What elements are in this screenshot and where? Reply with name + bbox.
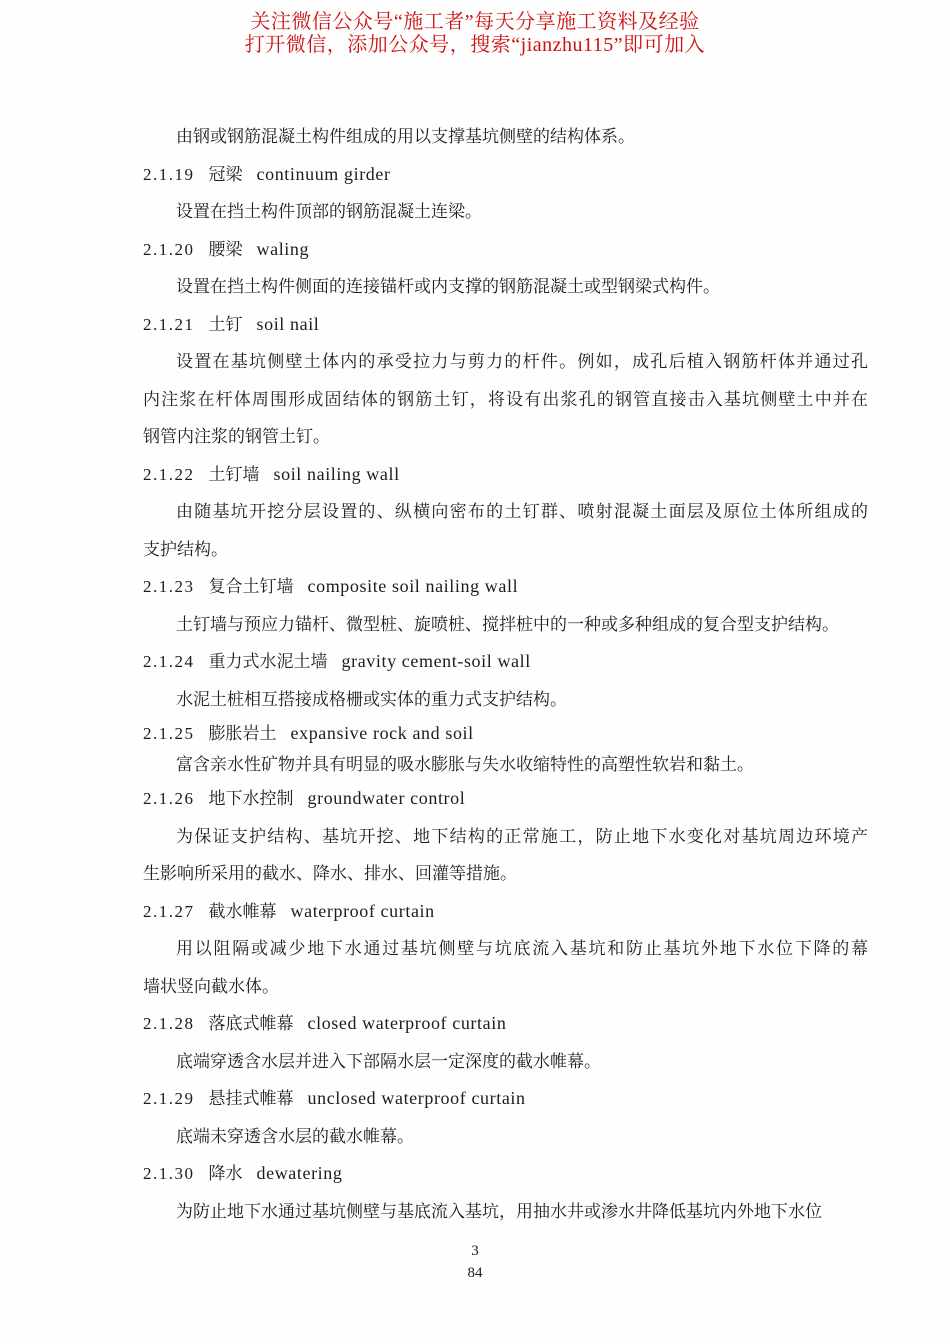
- clause-number: 2.1.29: [143, 1089, 195, 1108]
- clause-number: 2.1.28: [143, 1014, 195, 1033]
- term-english: waterproof curtain: [291, 901, 435, 921]
- term-chinese: 悬挂式帷幕: [209, 1089, 294, 1108]
- term-heading-2.1.27: 2.1.27截水帷幕waterproof curtain: [143, 893, 868, 931]
- definition-line: 生影响所采用的截水、降水、排水、回灌等措施。: [143, 855, 868, 893]
- term-heading-2.1.26: 2.1.26地下水控制groundwater control: [143, 780, 868, 818]
- clause-number: 2.1.25: [143, 724, 195, 743]
- definition-line: 设置在挡土构件侧面的连接锚杆或内支撑的钢筋混凝土或型钢梁式构件。: [143, 268, 868, 306]
- term-english: soil nailing wall: [274, 464, 400, 484]
- term-chinese: 截水帷幕: [209, 902, 277, 921]
- term-heading-2.1.22: 2.1.22土钉墙soil nailing wall: [143, 456, 868, 494]
- definition-line: 由随基坑开挖分层设置的、纵横向密布的土钉群、喷射混凝土面层及原位土体所组成的: [143, 493, 868, 531]
- book-page-number: 84: [0, 1263, 950, 1285]
- clause-number: 2.1.20: [143, 240, 195, 259]
- clause-number: 2.1.30: [143, 1164, 195, 1183]
- term-chinese: 重力式水泥土墙: [209, 652, 328, 671]
- term-heading-2.1.29: 2.1.29悬挂式帷幕unclosed waterproof curtain: [143, 1080, 868, 1118]
- term-heading-2.1.24: 2.1.24重力式水泥土墙gravity cement-soil wall: [143, 643, 868, 681]
- definition-line: 为保证支护结构、基坑开挖、地下结构的正常施工，防止地下水变化对基坑周边环境产: [143, 818, 868, 856]
- term-chinese: 复合土钉墙: [209, 577, 294, 596]
- chapter-page-number: 3: [0, 1241, 950, 1263]
- term-english: soil nail: [257, 314, 320, 334]
- clause-number: 2.1.24: [143, 652, 195, 671]
- term-english: composite soil nailing wall: [308, 576, 519, 596]
- term-heading-2.1.30: 2.1.30降水dewatering: [143, 1155, 868, 1193]
- term-chinese: 腰梁: [209, 240, 243, 259]
- definition-line: 水泥土桩相互搭接成格栅或实体的重力式支护结构。: [143, 681, 868, 719]
- term-english: dewatering: [257, 1163, 343, 1183]
- definition-line: 钢管内注浆的钢管土钉。: [143, 418, 868, 456]
- document-body: 由钢或钢筋混凝土构件组成的用以支撑基坑侧壁的结构体系。2.1.19冠梁conti…: [143, 118, 868, 1230]
- definition-line: 富含亲水性矿物并具有明显的吸水膨胀与失水收缩特性的高塑性软岩和黏土。: [143, 749, 868, 780]
- definition-line: 用以阻隔或减少地下水通过基坑侧壁与坑底流入基坑和防止基坑外地下水位下降的幕: [143, 930, 868, 968]
- term-heading-2.1.21: 2.1.21土钉soil nail: [143, 306, 868, 344]
- term-heading-2.1.23: 2.1.23复合土钉墙composite soil nailing wall: [143, 568, 868, 606]
- term-english: unclosed waterproof curtain: [308, 1088, 526, 1108]
- definition-line: 设置在基坑侧壁土体内的承受拉力与剪力的杆件。例如，成孔后植入钢筋杆体并通过孔: [143, 343, 868, 381]
- term-chinese: 降水: [209, 1164, 243, 1183]
- term-english: closed waterproof curtain: [308, 1013, 507, 1033]
- definition-line: 为防止地下水通过基坑侧壁与基底流入基坑，用抽水井或渗水井降低基坑内外地下水位: [143, 1193, 868, 1231]
- clause-number: 2.1.26: [143, 789, 195, 808]
- term-chinese: 地下水控制: [209, 789, 294, 808]
- document-page: 关注微信公众号“施工者”每天分享施工资料及经验 打开微信，添加公众号，搜索“ji…: [0, 0, 950, 1344]
- term-chinese: 土钉墙: [209, 465, 260, 484]
- definition-line: 设置在挡土构件顶部的钢筋混凝土连梁。: [143, 193, 868, 231]
- definition-line: 由钢或钢筋混凝土构件组成的用以支撑基坑侧壁的结构体系。: [143, 118, 868, 156]
- clause-number: 2.1.21: [143, 315, 195, 334]
- definition-line: 支护结构。: [143, 531, 868, 569]
- clause-number: 2.1.27: [143, 902, 195, 921]
- term-english: gravity cement-soil wall: [342, 651, 531, 671]
- clause-number: 2.1.22: [143, 465, 195, 484]
- promo-header: 关注微信公众号“施工者”每天分享施工资料及经验 打开微信，添加公众号，搜索“ji…: [0, 11, 950, 56]
- clause-number: 2.1.23: [143, 577, 195, 596]
- term-heading-2.1.20: 2.1.20腰梁waling: [143, 231, 868, 269]
- term-heading-2.1.28: 2.1.28落底式帷幕closed waterproof curtain: [143, 1005, 868, 1043]
- promo-line-2: 打开微信，添加公众号，搜索“jianzhu115”即可加入: [0, 34, 950, 57]
- term-chinese: 土钉: [209, 315, 243, 334]
- page-footer: 3 84: [0, 1241, 950, 1284]
- term-english: waling: [257, 239, 310, 259]
- definition-line: 内注浆在杆体周围形成固结体的钢筋土钉，将设有出浆孔的钢管直接击入基坑侧壁土中并在: [143, 381, 868, 419]
- clause-number: 2.1.19: [143, 165, 195, 184]
- promo-line-1: 关注微信公众号“施工者”每天分享施工资料及经验: [0, 11, 950, 34]
- term-heading-2.1.25: 2.1.25膨胀岩土expansive rock and soil: [143, 718, 868, 749]
- term-chinese: 膨胀岩土: [209, 724, 277, 743]
- term-heading-2.1.19: 2.1.19冠梁continuum girder: [143, 156, 868, 194]
- definition-line: 土钉墙与预应力锚杆、微型桩、旋喷桩、搅拌桩中的一种或多种组成的复合型支护结构。: [143, 606, 868, 644]
- term-chinese: 冠梁: [209, 165, 243, 184]
- definition-line: 底端未穿透含水层的截水帷幕。: [143, 1118, 868, 1156]
- term-english: groundwater control: [308, 788, 466, 808]
- term-chinese: 落底式帷幕: [209, 1014, 294, 1033]
- term-english: expansive rock and soil: [291, 723, 474, 743]
- term-english: continuum girder: [257, 164, 391, 184]
- definition-line: 底端穿透含水层并进入下部隔水层一定深度的截水帷幕。: [143, 1043, 868, 1081]
- definition-line: 墙状竖向截水体。: [143, 968, 868, 1006]
